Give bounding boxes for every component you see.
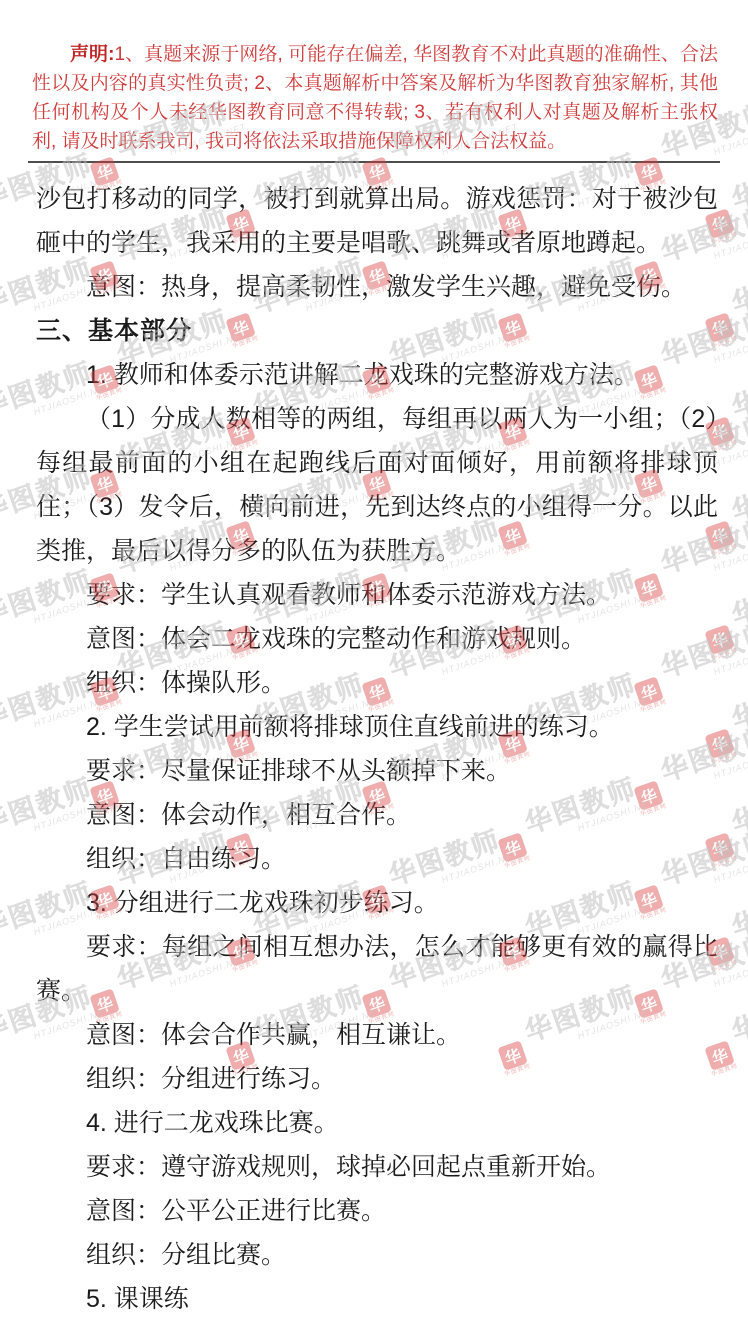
disclaimer-label: 声明: bbox=[70, 44, 114, 65]
paragraph: 4. 进行二龙戏珠比赛。 bbox=[36, 1101, 718, 1145]
paragraph: 2. 学生尝试用前额将排球顶住直线前进的练习。 bbox=[36, 705, 718, 749]
watermark-brand-text: 华图教师 bbox=[728, 561, 748, 631]
document-page: 声明:1、真题来源于网络, 可能存在偏差, 华图教育不对此真题的准确性、合法性以… bbox=[0, 0, 748, 1335]
separator-line bbox=[28, 161, 720, 163]
watermark-brand-text: 华图教师 bbox=[728, 665, 748, 735]
paragraph: 组织：分组进行练习。 bbox=[36, 1057, 718, 1101]
paragraph: 要求：遵守游戏规则，球掉必回起点重新开始。 bbox=[36, 1145, 718, 1189]
paragraph: 组织：分组比赛。 bbox=[36, 1233, 718, 1277]
document-body: 沙包打移动的同学，被打到就算出局。游戏惩罚：对于被沙包砸中的学生，我采用的主要是… bbox=[36, 177, 718, 1321]
watermark-brand-text: 华图教师 bbox=[728, 145, 748, 215]
paragraph: 1. 教师和体委示范讲解二龙戏珠的完整游戏方法。 bbox=[36, 353, 718, 397]
paragraph: 要求：尽量保证排球不从头额掉下来。 bbox=[36, 749, 718, 793]
paragraph: 意图：热身，提高柔韧性，激发学生兴趣，避免受伤。 bbox=[36, 265, 718, 309]
paragraph: 意图：公平公正进行比赛。 bbox=[36, 1189, 718, 1233]
disclaimer-text: 1、真题来源于网络, 可能存在偏差, 华图教育不对此真题的准确性、合法性以及内容… bbox=[32, 44, 718, 152]
watermark-brand-text: 华图教师 bbox=[728, 457, 748, 527]
watermark-brand-text: 华图教师 bbox=[728, 769, 748, 839]
paragraph: 意图：体会二龙戏珠的完整动作和游戏规则。 bbox=[36, 617, 718, 661]
paragraph: 沙包打移动的同学，被打到就算出局。游戏惩罚：对于被沙包砸中的学生，我采用的主要是… bbox=[36, 177, 718, 265]
section-heading: 三、基本部分 bbox=[36, 309, 718, 353]
watermark-brand-text: 华图教师 bbox=[728, 249, 748, 319]
watermark-brand-text: 华图教师 bbox=[728, 873, 748, 943]
paragraph: 组织：体操队形。 bbox=[36, 661, 718, 705]
paragraph: 要求：每组之间相互想办法，怎么才能够更有效的赢得比赛。 bbox=[36, 925, 718, 1013]
watermark-brand-text: 华图教师 bbox=[728, 977, 748, 1047]
paragraph: 意图：体会动作，相互合作。 bbox=[36, 793, 718, 837]
paragraph: 3. 分组进行二龙戏珠初步练习。 bbox=[36, 881, 718, 925]
watermark-brand-text: 华图教师 bbox=[728, 353, 748, 423]
paragraph: （1）分成人数相等的两组，每组再以两人为一小组；（2）每组最前面的小组在起跑线后… bbox=[36, 397, 718, 573]
paragraph: 要求：学生认真观看教师和体委示范游戏方法。 bbox=[36, 573, 718, 617]
paragraph: 5. 课课练 bbox=[36, 1277, 718, 1321]
paragraph: 组织：自由练习。 bbox=[36, 837, 718, 881]
disclaimer: 声明:1、真题来源于网络, 可能存在偏差, 华图教育不对此真题的准确性、合法性以… bbox=[32, 40, 718, 156]
paragraph: 意图：体会合作共赢，相互谦让。 bbox=[36, 1013, 718, 1057]
